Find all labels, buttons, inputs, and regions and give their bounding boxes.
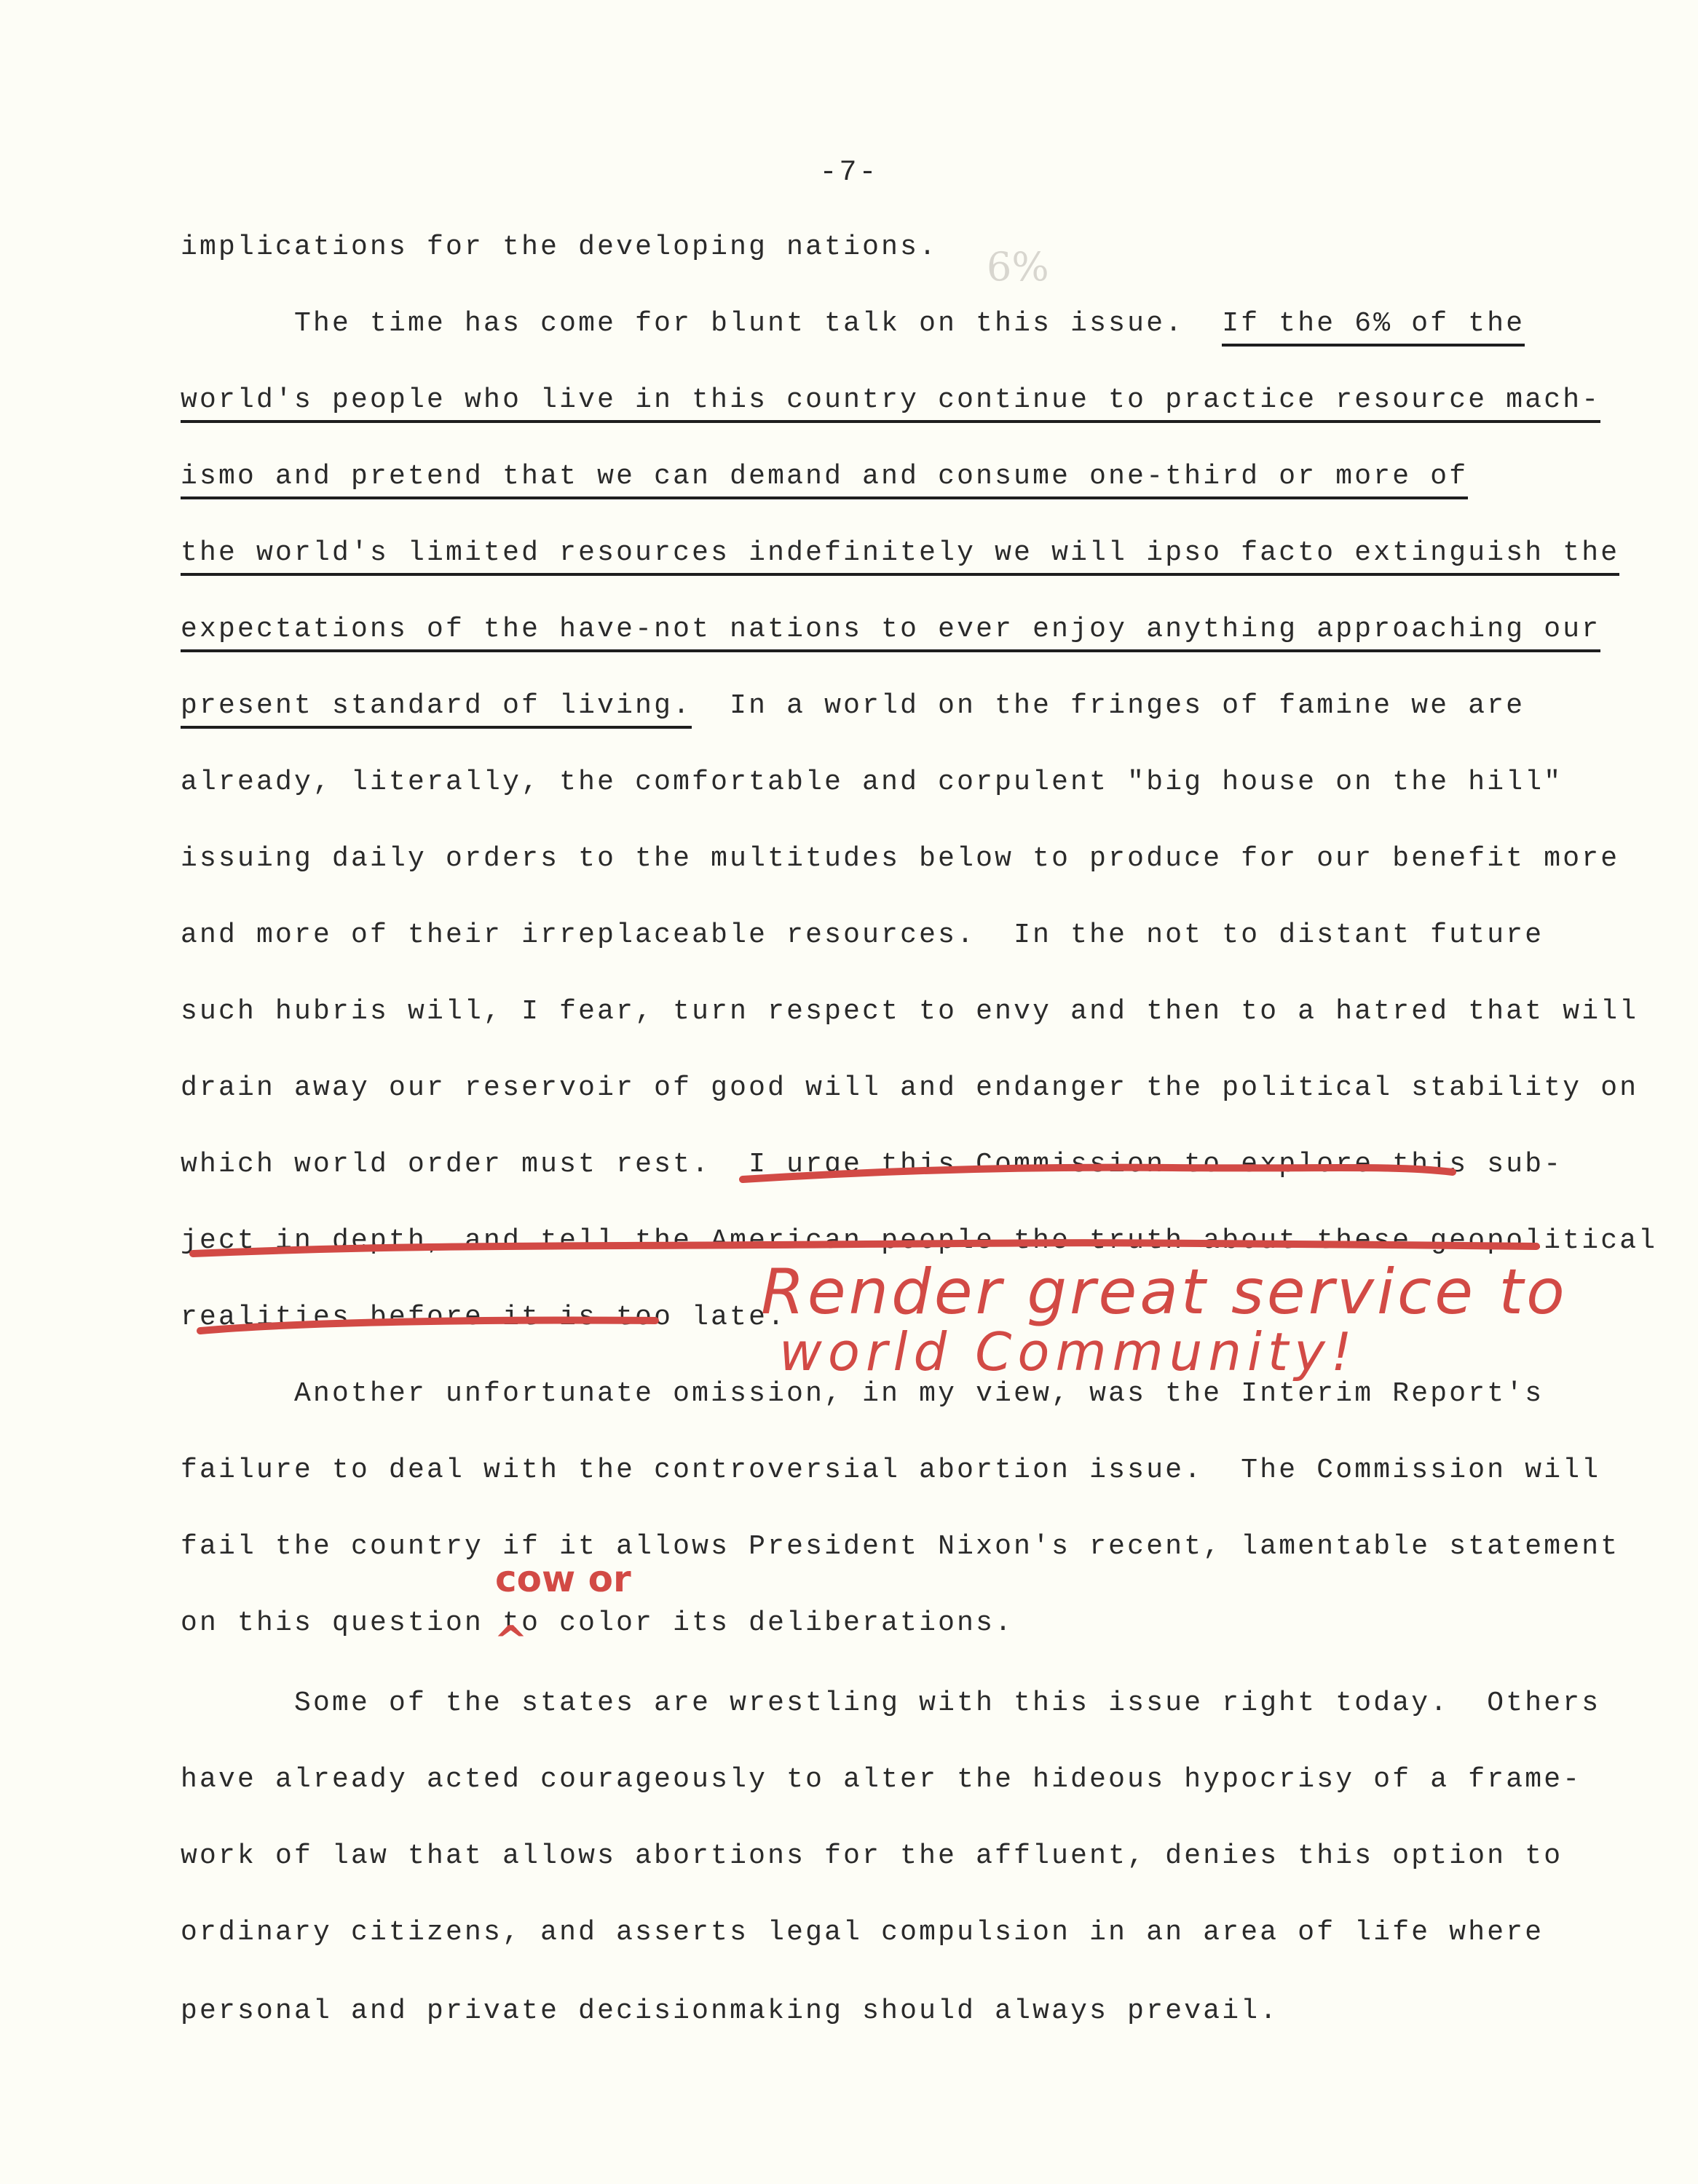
text-line: present standard of living. In a world o… bbox=[181, 688, 1525, 724]
underlined-text: ismo and pretend that we can demand and … bbox=[181, 461, 1468, 499]
text-line: expectations of the have-not nations to … bbox=[181, 612, 1600, 648]
line-text: drain away our reservoir of good will an… bbox=[181, 1072, 1638, 1104]
text-line: ismo and pretend that we can demand and … bbox=[181, 459, 1468, 495]
line-text: implications for the developing nations. bbox=[181, 232, 938, 263]
red-underline-3 bbox=[189, 1310, 699, 1340]
underlined-text: world's people who live in this country … bbox=[181, 384, 1600, 423]
line-text: and more of their irreplaceable resource… bbox=[181, 919, 1544, 951]
line-text: ordinary citizens, and asserts legal com… bbox=[181, 1917, 1544, 1948]
line-text: work of law that allows abortions for th… bbox=[181, 1840, 1563, 1872]
line-text: on this question to color its deliberati… bbox=[181, 1607, 1014, 1639]
text-line: have already acted courageously to alter… bbox=[181, 1762, 1581, 1798]
text-line: issuing daily orders to the multitudes b… bbox=[181, 841, 1619, 877]
text-line: and more of their irreplaceable resource… bbox=[181, 917, 1544, 954]
line-text: In a world on the fringes of famine we a… bbox=[692, 690, 1525, 721]
text-line: fail the country if it allows President … bbox=[181, 1529, 1619, 1565]
text-line: ordinary citizens, and asserts legal com… bbox=[181, 1915, 1544, 1951]
underlined-text: the world's limited resources indefinite… bbox=[181, 537, 1619, 576]
text-line: personal and private decisionmaking shou… bbox=[181, 1993, 1279, 2030]
line-text: such hubris will, I fear, turn respect t… bbox=[181, 996, 1638, 1027]
margin-note-line2: world Community! bbox=[779, 1321, 1358, 1382]
insertion-text: cow or bbox=[495, 1558, 631, 1600]
text-line: on this question to color its deliberati… bbox=[181, 1605, 1014, 1642]
line-text: personal and private decisionmaking shou… bbox=[181, 1995, 1279, 2027]
text-line: world's people who live in this country … bbox=[181, 382, 1600, 419]
text-line: Some of the states are wrestling with th… bbox=[181, 1685, 1600, 1722]
underlined-text: present standard of living. bbox=[181, 690, 692, 729]
underlined-text: expectations of the have-not nations to … bbox=[181, 614, 1600, 652]
text-line: such hubris will, I fear, turn respect t… bbox=[181, 994, 1638, 1030]
text-line: the world's limited resources indefinite… bbox=[181, 535, 1619, 571]
red-underline-1 bbox=[735, 1158, 1464, 1187]
line-text: issuing daily orders to the multitudes b… bbox=[181, 843, 1619, 874]
line-text: already, literally, the comfortable and … bbox=[181, 767, 1563, 798]
line-text: failure to deal with the controversial a… bbox=[181, 1455, 1600, 1486]
line-text: The time has come for blunt talk on this… bbox=[181, 308, 1222, 339]
pencil-note: 6% bbox=[987, 244, 1049, 290]
text-line: already, literally, the comfortable and … bbox=[181, 764, 1563, 801]
text-line: The time has come for blunt talk on this… bbox=[181, 306, 1525, 342]
line-text: Another unfortunate omission, in my view… bbox=[181, 1378, 1544, 1409]
margin-note-line1: Render great service to bbox=[761, 1256, 1568, 1329]
underlined-text: If the 6% of the bbox=[1222, 308, 1525, 347]
text-line: implications for the developing nations. bbox=[181, 229, 938, 266]
text-line: work of law that allows abortions for th… bbox=[181, 1838, 1563, 1875]
line-text: have already acted courageously to alter… bbox=[181, 1764, 1581, 1795]
insertion-caret-icon: ^ bbox=[494, 1618, 528, 1665]
text-line: drain away our reservoir of good will an… bbox=[181, 1070, 1638, 1107]
line-text: Some of the states are wrestling with th… bbox=[181, 1688, 1600, 1719]
line-text: fail the country if it allows President … bbox=[181, 1531, 1619, 1562]
text-line: failure to deal with the controversial a… bbox=[181, 1452, 1600, 1489]
page-number: -7- bbox=[0, 157, 1698, 189]
